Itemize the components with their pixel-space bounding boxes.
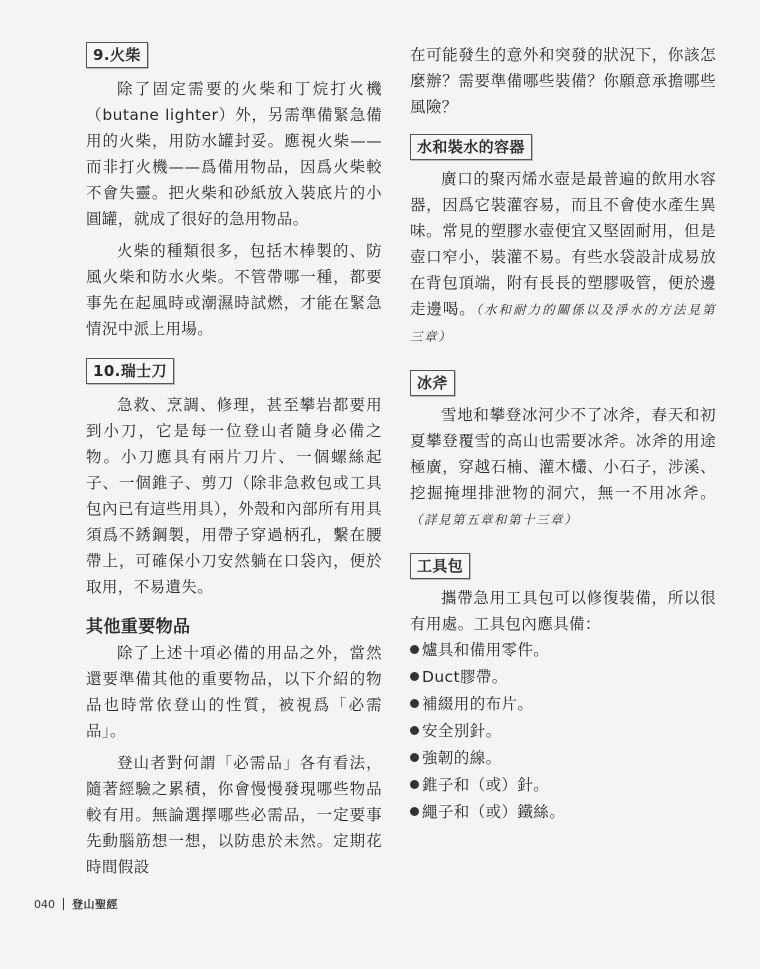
bullet-icon bbox=[410, 807, 419, 816]
matches-paragraph-2: 火柴的種類很多，包括木棒製的、防風火柴和防水火柴。不管帶哪一種，都要事先在起風時… bbox=[86, 238, 382, 342]
right-column: 在可能發生的意外和突發的狀況下，你該怎麼辦？需要準備哪些裝備？你願意承擔哪些風險… bbox=[410, 0, 716, 826]
knife-paragraph: 急救、烹調、修理，甚至攀岩都要用到小刀，它是每一位登山者隨身必備之物。小刀應具有… bbox=[86, 392, 382, 600]
other-items-paragraph-2: 登山者對何謂「必需品」各有看法，隨著經驗之累積，你會慢慢發現哪些物品較有用。無論… bbox=[86, 750, 382, 880]
list-item: 安全別針。 bbox=[410, 718, 716, 745]
book-title: 登山聖經 bbox=[72, 896, 118, 912]
list-item: Duct膠帶。 bbox=[410, 664, 716, 691]
heading-water: 水和裝水的容器 bbox=[410, 134, 532, 160]
ice-axe-note: （詳見第五章和第十三章） bbox=[410, 512, 578, 527]
list-item: 爐具和備用零件。 bbox=[410, 637, 716, 664]
bullet-icon bbox=[410, 645, 419, 654]
water-text: 廣口的聚丙烯水壺是最普遍的飲用水容器，因爲它裝灌容易，而且不會使水產生異味。常見… bbox=[410, 170, 716, 318]
toolkit-paragraph: 攜帶急用工具包可以修復裝備，所以很有用處。工具包內應具備： bbox=[410, 585, 716, 637]
list-item: 強韌的線。 bbox=[410, 745, 716, 772]
continuation-paragraph: 在可能發生的意外和突發的狀況下，你該怎麼辦？需要準備哪些裝備？你願意承擔哪些風險… bbox=[410, 42, 716, 120]
bullet-icon bbox=[410, 672, 419, 681]
footer-divider bbox=[63, 898, 64, 910]
ice-axe-text: 雪地和攀登冰河少不了冰斧，春天和初夏攀登覆雪的高山也需要冰斧。冰斧的用途極廣，穿… bbox=[410, 406, 716, 502]
section-title-other-items: 其他重要物品 bbox=[86, 614, 382, 640]
toolkit-list: 爐具和備用零件。 Duct膠帶。 補綴用的布片。 安全別針。 強韌的線。 錐子和… bbox=[410, 637, 716, 826]
water-paragraph: 廣口的聚丙烯水壺是最普遍的飲用水容器，因爲它裝灌容易，而且不會使水產生異味。常見… bbox=[410, 166, 716, 350]
bullet-icon bbox=[410, 780, 419, 789]
bullet-icon bbox=[410, 699, 419, 708]
heading-ice-axe: 冰斧 bbox=[410, 370, 455, 396]
bullet-icon bbox=[410, 726, 419, 735]
heading-knife: 10.瑞士刀 bbox=[86, 358, 174, 384]
heading-matches: 9.火柴 bbox=[86, 42, 148, 68]
list-item: 補綴用的布片。 bbox=[410, 691, 716, 718]
ice-axe-paragraph: 雪地和攀登冰河少不了冰斧，春天和初夏攀登覆雪的高山也需要冰斧。冰斧的用途極廣，穿… bbox=[410, 402, 716, 533]
list-item: 錐子和（或）針。 bbox=[410, 772, 716, 799]
matches-paragraph-1: 除了固定需要的火柴和丁烷打火機（butane lighter）外，另需準備緊急備… bbox=[86, 76, 382, 232]
page-footer: 040 登山聖經 bbox=[34, 896, 118, 912]
list-item: 繩子和（或）鐵絲。 bbox=[410, 799, 716, 826]
bullet-icon bbox=[410, 753, 419, 762]
other-items-paragraph-1: 除了上述十項必備的用品之外，當然還要準備其他的重要物品，以下介紹的物品也時常依登… bbox=[86, 640, 382, 744]
page-number: 040 bbox=[34, 898, 55, 911]
left-column: 9.火柴 除了固定需要的火柴和丁烷打火機（butane lighter）外，另需… bbox=[86, 0, 382, 880]
heading-toolkit: 工具包 bbox=[410, 553, 470, 579]
